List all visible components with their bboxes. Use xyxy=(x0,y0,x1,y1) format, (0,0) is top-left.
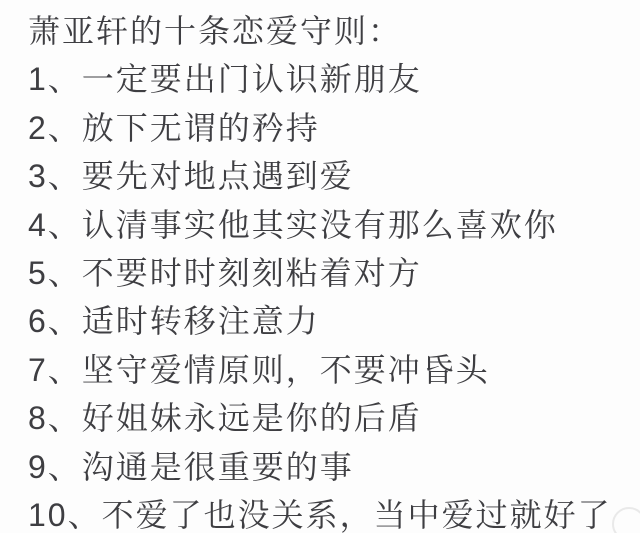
rule-item-3: 3、要先对地点遇到爱 xyxy=(28,152,630,200)
rule-item-1: 1、一定要出门认识新朋友 xyxy=(28,55,630,103)
rule-item-7: 7、坚守爱情原则，不要冲昏头 xyxy=(28,346,630,394)
rule-item-4: 4、认清事实他其实没有那么喜欢你 xyxy=(28,201,630,249)
rule-item-6: 6、适时转移注意力 xyxy=(28,297,630,345)
list-title: 萧亚轩的十条恋爱守则： xyxy=(28,7,630,55)
rule-item-2: 2、放下无谓的矜持 xyxy=(28,104,630,152)
rule-item-8: 8、好姐妹永远是你的后盾 xyxy=(28,394,630,442)
rule-item-9: 9、沟通是很重要的事 xyxy=(28,443,630,491)
rule-item-5: 5、不要时时刻刻粘着对方 xyxy=(28,249,630,297)
rules-list-page: 萧亚轩的十条恋爱守则： 1、一定要出门认识新朋友 2、放下无谓的矜持 3、要先对… xyxy=(0,0,640,533)
rule-item-10: 10、不爱了也没关系，当中爱过就好了 xyxy=(28,491,630,533)
watermark-icon xyxy=(612,507,640,533)
